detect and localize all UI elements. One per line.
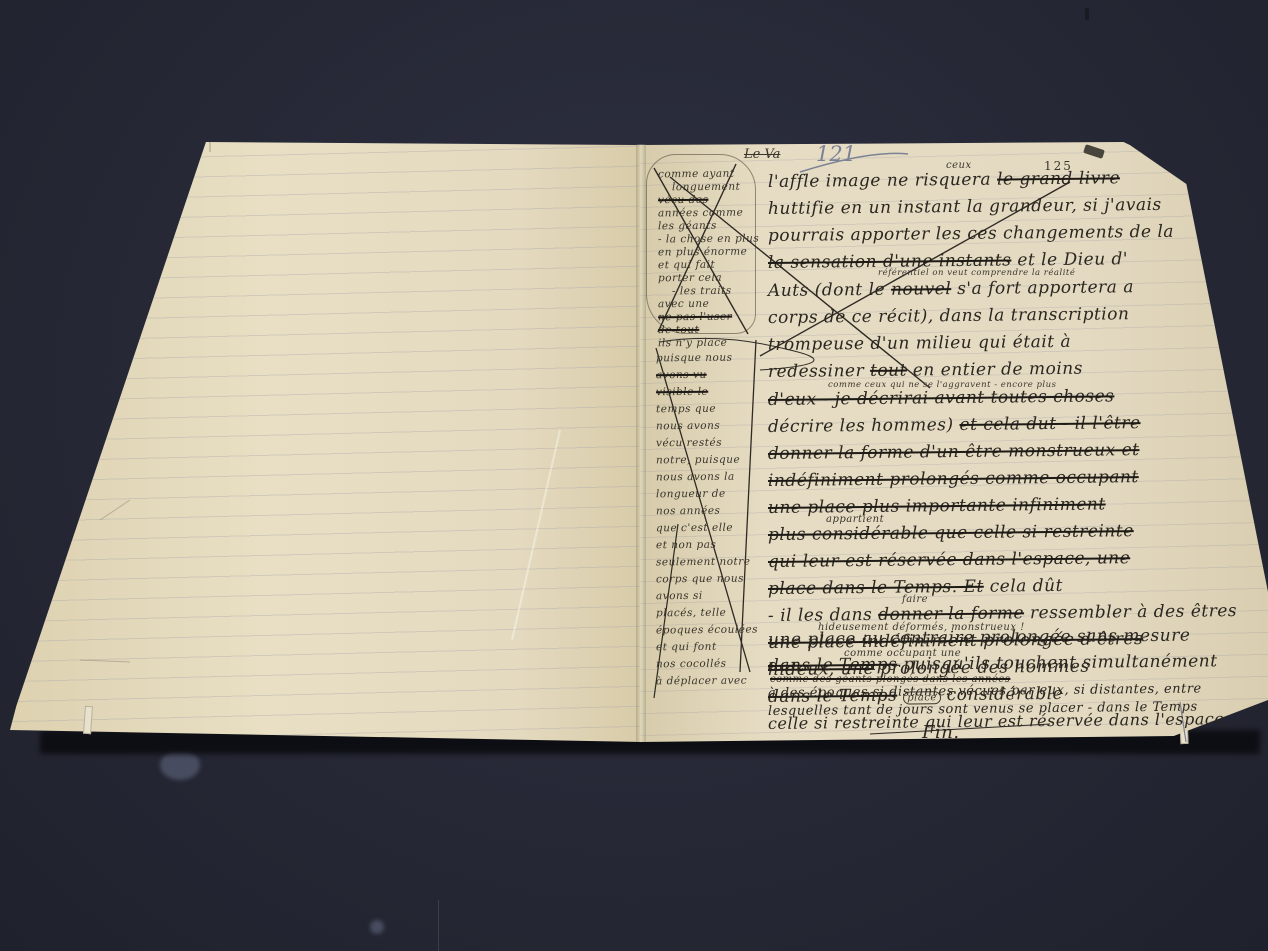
manuscript-line: à des époques si distantes vécues par eu… xyxy=(768,681,1202,701)
margin-note: longuement xyxy=(672,181,740,194)
margin-note: nos cocollés xyxy=(656,658,727,671)
margin-note: nous avons xyxy=(656,420,720,433)
margin-note: nos années xyxy=(656,505,721,518)
manuscript-line: huttifie en un instant la grandeur, si j… xyxy=(768,195,1162,219)
manuscript-line: corps de ce récit), dans la transcriptio… xyxy=(768,304,1130,328)
margin-note: et qui font xyxy=(656,641,717,654)
margin-note: longueur de xyxy=(656,488,726,501)
margin-note: ne pas l'user xyxy=(658,311,732,324)
margin-note: avons si xyxy=(656,590,703,602)
margin-note: en plus énorme xyxy=(658,246,747,259)
margin-note: années comme xyxy=(658,207,743,220)
manuscript-line: qui leur est réservée dans l'espace, une xyxy=(768,548,1130,572)
margin-note: les géants xyxy=(658,220,717,233)
manuscript-line: indéfiniment prolongés comme occupant xyxy=(768,467,1139,491)
interlinear-addition: ceux xyxy=(946,160,972,171)
margin-note: placés, telle xyxy=(656,607,726,620)
margin-note: ils n'y place xyxy=(658,337,727,350)
manuscript-line: pourrais apporter les ces changements de… xyxy=(768,222,1174,246)
margin-note: nous avons la xyxy=(656,471,735,484)
manuscript-line: plus considérable que celle si restreint… xyxy=(768,521,1134,545)
manuscript-line: lesquelles tant de jours sont venus se p… xyxy=(768,700,1198,719)
interlinear-addition: appartient xyxy=(826,514,884,525)
manuscript-line: décrire les hommes) et cela dut - il l'ê… xyxy=(768,413,1141,437)
margin-note: que c'est elle xyxy=(656,522,733,535)
margin-note: vécu des xyxy=(658,194,709,206)
margin-note: de tout xyxy=(658,324,699,336)
margin-note: notre, puisque xyxy=(656,454,740,467)
margin-note: comme ayant xyxy=(658,168,735,181)
left-page-blank xyxy=(10,142,642,742)
margin-note: et qui fait xyxy=(658,259,715,271)
margin-note: seulement notre xyxy=(656,556,751,569)
manuscript-line: dans le Temps puisqu'ils touchent simult… xyxy=(768,651,1218,676)
interlinear-addition: comme ceux qui ne se l'aggravent - encor… xyxy=(828,380,1056,390)
manuscript-line: donner la forme d'un être monstrueux et xyxy=(768,440,1140,464)
margin-note: à déplacer avec xyxy=(656,675,747,688)
manuscript-line: l'affle image ne risquera le grand livre xyxy=(768,168,1120,192)
manuscript-notebook: Le Va 121 125 xyxy=(0,0,1268,951)
right-page-lower-lines: une place au contraire prolongée sans me… xyxy=(640,630,1268,750)
manuscript-line: Auts (dont le nouvel s'a fort apportera … xyxy=(768,277,1134,301)
manuscript-line: trompeuse d'un milieu qui était à xyxy=(768,332,1071,355)
interlinear-addition: faire xyxy=(902,594,928,605)
margin-note: époques écoulées xyxy=(656,624,758,637)
manuscript-line: une place plus importante infiniment xyxy=(768,494,1106,518)
closing-fin: Fin. xyxy=(922,722,960,743)
manuscript-line: une place au contraire prolongée sans me… xyxy=(768,626,1191,650)
margin-note: avec une xyxy=(658,298,709,310)
margin-note: porter cela xyxy=(658,272,722,285)
margin-note: vécu restés xyxy=(656,437,722,450)
margin-note: corps que nous xyxy=(656,573,744,586)
manuscript-line: redessiner tout en entier de moins xyxy=(768,359,1083,382)
photo-scene: Le Va 121 125 xyxy=(0,0,1268,951)
margin-note: visible le xyxy=(656,386,708,398)
margin-note: avons vu xyxy=(656,369,707,381)
margin-note: et non pas xyxy=(656,539,716,552)
margin-note: puisque nous xyxy=(656,352,733,365)
margin-note: temps que xyxy=(656,403,716,416)
margin-note: - les traits xyxy=(672,285,732,298)
interlinear-addition: référentiel on veut comprendre la réalit… xyxy=(878,268,1075,278)
margin-note: - la chose en plus xyxy=(658,233,759,246)
